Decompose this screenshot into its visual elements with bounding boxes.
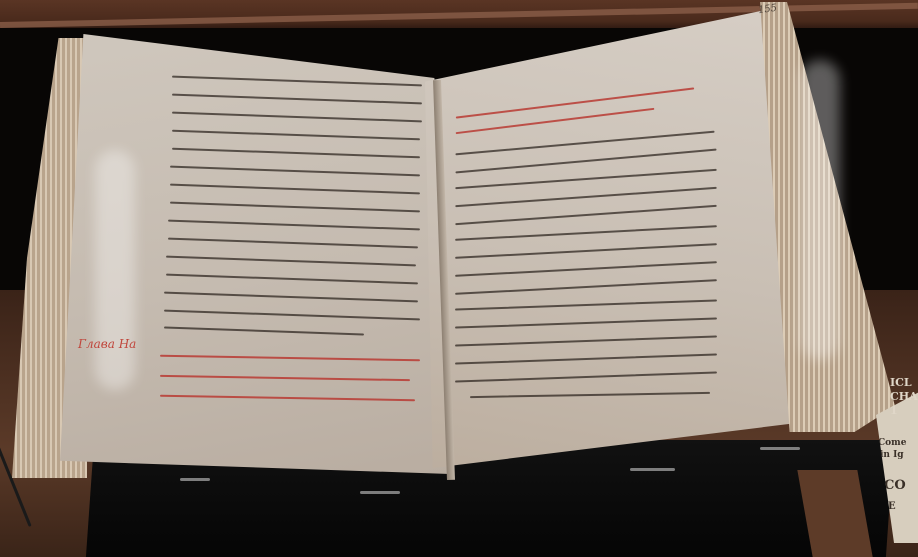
marginal-chapter-note: Глава На bbox=[78, 337, 136, 351]
light-glare bbox=[800, 60, 840, 360]
label-line: CO bbox=[884, 478, 906, 493]
stand-reflection bbox=[630, 468, 675, 471]
stand-reflection bbox=[760, 447, 800, 450]
label-line: Come bbox=[878, 438, 906, 448]
stand-reflection bbox=[360, 491, 400, 494]
stand-reflection bbox=[180, 478, 210, 481]
museum-label-header: ICL CHA 1 bbox=[890, 376, 918, 418]
label-line: in Ig bbox=[880, 450, 904, 460]
light-glare bbox=[95, 150, 135, 390]
